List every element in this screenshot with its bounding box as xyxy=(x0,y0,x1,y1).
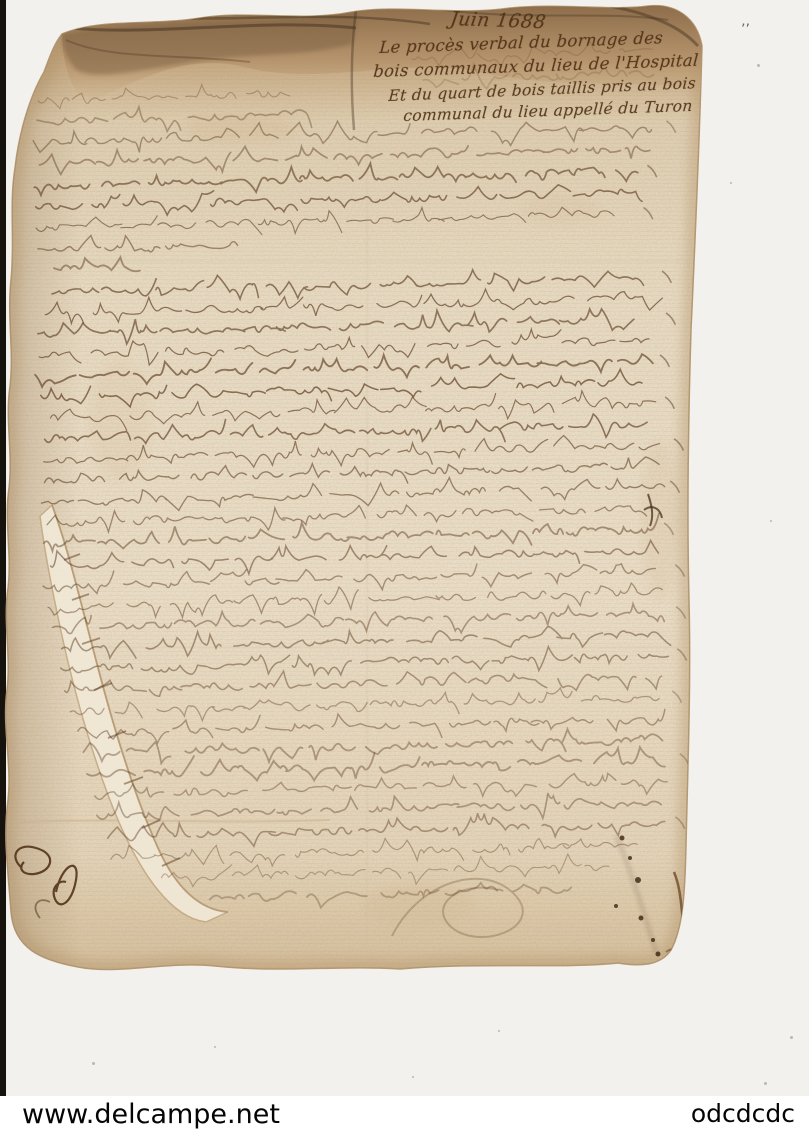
dust-speck xyxy=(92,1062,95,1065)
manuscript-scan-art xyxy=(0,0,809,1132)
dust-speck xyxy=(770,520,772,522)
watermark-code: odcdcdc xyxy=(691,1099,795,1128)
dust-speck xyxy=(790,1036,793,1039)
dust-speck xyxy=(757,64,760,67)
dust-speck xyxy=(730,182,732,184)
dust-speck xyxy=(214,1046,216,1048)
dust-speck xyxy=(412,1076,414,1078)
scanned-manuscript-image: Juin 1688 Le procès verbal du bornage de… xyxy=(0,0,809,1132)
dust-speck xyxy=(498,1030,500,1032)
dust-speck xyxy=(764,1082,767,1085)
watermark-band: www.delcampe.net odcdcdc xyxy=(0,1096,809,1132)
manuscript-date: Juin 1688 xyxy=(449,8,547,33)
watermark-delcampe: www.delcampe.net xyxy=(22,1099,280,1130)
marginal-mark: ’’ xyxy=(741,22,750,38)
